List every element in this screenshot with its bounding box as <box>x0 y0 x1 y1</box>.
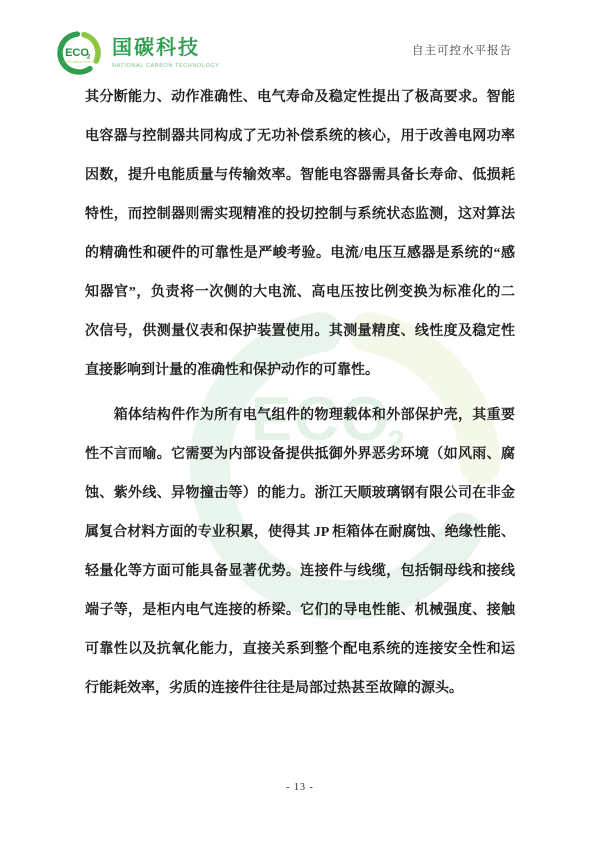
text-line: 行能耗效率，劣质的连接件往往是局部过热甚至故障的源头。 <box>85 669 515 708</box>
eco-logo-icon: ECO 2 NATIONAL CARBON TECHNOLOGY <box>55 28 103 76</box>
document-body: 其分断能力、动作准确性、电气寿命及稳定性提出了极高要求。智能电容器与控制器共同构… <box>85 78 515 714</box>
text-line: 次信号，供测量仪表和保护装置使用。其测量精度、线性度及稳定性 <box>85 312 515 351</box>
paragraph: 箱体结构件作为所有电气组件的物理载体和外部保护壳，其重要性不言而喻。它需要为内部… <box>85 396 515 708</box>
text-line: 轻量化等方面可能具备显著优势。连接件与线缆，包括铜母线和接线 <box>85 552 515 591</box>
text-line: 蚀、紫外线、异物撞击等）的能力。浙江天顺玻璃钢有限公司在非金 <box>85 474 515 513</box>
text-line: 知器官”，负责将一次侧的大电流、高电压按比例变换为标准化的二 <box>85 273 515 312</box>
company-name: 国碳科技 <box>112 36 220 60</box>
text-line: 性不言而喻。它需要为内部设备提供抵御外界恶劣环境（如风雨、腐 <box>85 435 515 474</box>
text-line: 因数，提升电能质量与传输效率。智能电容器需具备长寿命、低损耗 <box>85 156 515 195</box>
text-line: 特性，而控制器则需实现精准的投切控制与系统状态监测，这对算法 <box>85 195 515 234</box>
text-line: 的精确性和硬件的可靠性是严峻考验。电流/电压互感器是系统的“感 <box>85 234 515 273</box>
document-page: ECO 2 ECO 2 NATIONAL CARBON TECHNOLOGY 国… <box>0 0 600 849</box>
company-tagline: NATIONAL CARBON TECHNOLOGY <box>112 63 220 69</box>
logo-badge-tagline: NATIONAL CARBON TECHNOLOGY <box>61 61 98 64</box>
page-footer: - 13 - <box>0 782 600 793</box>
logo-badge-subscript: 2 <box>87 55 91 61</box>
logo-badge-text: ECO <box>65 47 89 59</box>
page-header: ECO 2 NATIONAL CARBON TECHNOLOGY 国碳科技 NA… <box>0 0 600 80</box>
paragraph: 其分断能力、动作准确性、电气寿命及稳定性提出了极高要求。智能电容器与控制器共同构… <box>85 78 515 390</box>
text-line: 电容器与控制器共同构成了无功补偿系统的核心，用于改善电网功率 <box>85 117 515 156</box>
logo-text-block: 国碳科技 NATIONAL CARBON TECHNOLOGY <box>112 36 220 69</box>
text-line: 直接影响到计量的准确性和保护动作的可靠性。 <box>85 351 515 390</box>
text-line: 其分断能力、动作准确性、电气寿命及稳定性提出了极高要求。智能 <box>85 78 515 117</box>
page-number: - 13 - <box>286 782 314 793</box>
text-line: 可靠性以及抗氧化能力，直接关系到整个配电系统的连接安全性和运 <box>85 630 515 669</box>
text-line: 端子等，是柜内电气连接的桥梁。它们的导电性能、机械强度、接触 <box>85 591 515 630</box>
text-line: 箱体结构件作为所有电气组件的物理载体和外部保护壳，其重要 <box>85 396 515 435</box>
company-logo: ECO 2 NATIONAL CARBON TECHNOLOGY 国碳科技 NA… <box>55 28 220 76</box>
text-line: 属复合材料方面的专业积累，使得其 JP 柜箱体在耐腐蚀、绝缘性能、 <box>85 513 515 552</box>
report-title: 自主可控水平报告 <box>412 42 512 58</box>
